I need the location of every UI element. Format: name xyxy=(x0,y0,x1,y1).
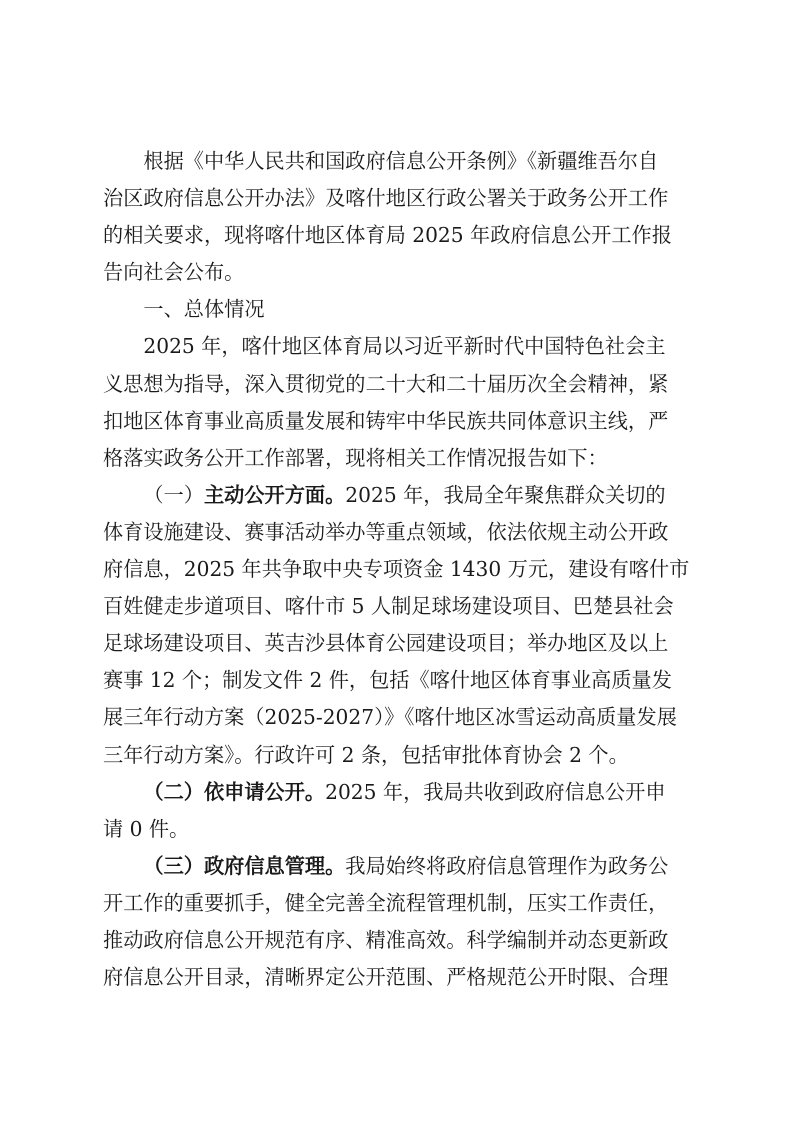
intro-paragraph: 根据《中华人民共和国政府信息公开条例》《新疆维吾尔自 治区政府信息公开办法》及喀… xyxy=(103,143,693,291)
overview-paragraph: 2025 年，喀什地区体育局以习近平新时代中国特色社会主 义思想为指导，深入贯彻… xyxy=(103,328,693,476)
text-line: 告向社会公布。 xyxy=(103,254,693,291)
text-line: 义思想为指导，深入贯彻党的二十大和二十届历次全会精神，紧 xyxy=(103,366,693,403)
text-line: 请 0 件。 xyxy=(103,811,693,848)
item1-prefix: （一） xyxy=(143,483,204,507)
text-line: 赛事 12 个；制发文件 2 件，包括《喀什地区体育事业高质量发 xyxy=(103,662,693,699)
text-line: 格落实政务公开工作部署，现将相关工作情况报告如下： xyxy=(103,440,693,477)
item2-title: （二）依申请公开。 xyxy=(143,780,325,804)
text-line: 治区政府信息公开办法》及喀什地区行政公署关于政务公开工作 xyxy=(103,180,693,217)
text-line: 足球场建设项目、英吉沙县体育公园建设项目；举办地区及以上 xyxy=(103,625,693,662)
section-heading-text: 一、总体情况 xyxy=(103,291,693,328)
text-line: （二）依申请公开。2025 年，我局共收到政府信息公开申 xyxy=(103,774,693,811)
text-line: 府信息公开目录，清晰界定公开范围、严格规范公开时限、合理 xyxy=(103,959,693,996)
text-line: （一）主动公开方面。2025 年，我局全年聚焦群众关切的 xyxy=(103,477,693,514)
item1-first-line: 2025 年，我局全年聚焦群众关切的 xyxy=(345,483,665,507)
item2-paragraph: （二）依申请公开。2025 年，我局共收到政府信息公开申 请 0 件。 xyxy=(103,774,693,848)
item1-paragraph: （一）主动公开方面。2025 年，我局全年聚焦群众关切的 体育设施建设、赛事活动… xyxy=(103,477,693,774)
item3-title: （三）政府信息管理。 xyxy=(143,854,345,878)
item1-title: 主动公开方面。 xyxy=(204,483,345,507)
text-line: 展三年行动方案（2025-2027）》《喀什地区冰雪运动高质量发展 xyxy=(103,699,693,736)
text-line: 2025 年，喀什地区体育局以习近平新时代中国特色社会主 xyxy=(103,328,693,365)
text-line: 扣地区体育事业高质量发展和铸牢中华民族共同体意识主线，严 xyxy=(103,403,693,440)
text-line: 三年行动方案》。行政许可 2 条，包括审批体育协会 2 个。 xyxy=(103,737,693,774)
text-line: 体育设施建设、赛事活动举办等重点领域，依法依规主动公开政 xyxy=(103,514,693,551)
item3-first-line: 我局始终将政府信息管理作为政务公 xyxy=(345,854,668,878)
text-line: 根据《中华人民共和国政府信息公开条例》《新疆维吾尔自 xyxy=(103,143,693,180)
document-page: 根据《中华人民共和国政府信息公开条例》《新疆维吾尔自 治区政府信息公开办法》及喀… xyxy=(103,143,693,996)
text-line: 府信息，2025 年共争取中央专项资金 1430 万元，建设有喀什市 xyxy=(103,551,693,588)
text-line: 百姓健走步道项目、喀什市 5 人制足球场建设项目、巴楚县社会 xyxy=(103,588,693,625)
item3-paragraph: （三）政府信息管理。我局始终将政府信息管理作为政务公 开工作的重要抓手，健全完善… xyxy=(103,848,693,996)
text-line: 开工作的重要抓手，健全完善全流程管理机制，压实工作责任， xyxy=(103,885,693,922)
text-line: （三）政府信息管理。我局始终将政府信息管理作为政务公 xyxy=(103,848,693,885)
section-heading: 一、总体情况 xyxy=(103,291,693,328)
text-line: 推动政府信息公开规范有序、精准高效。科学编制并动态更新政 xyxy=(103,922,693,959)
text-line: 的相关要求，现将喀什地区体育局 2025 年政府信息公开工作报 xyxy=(103,217,693,254)
item2-first-line: 2025 年，我局共收到政府信息公开申 xyxy=(325,780,665,804)
